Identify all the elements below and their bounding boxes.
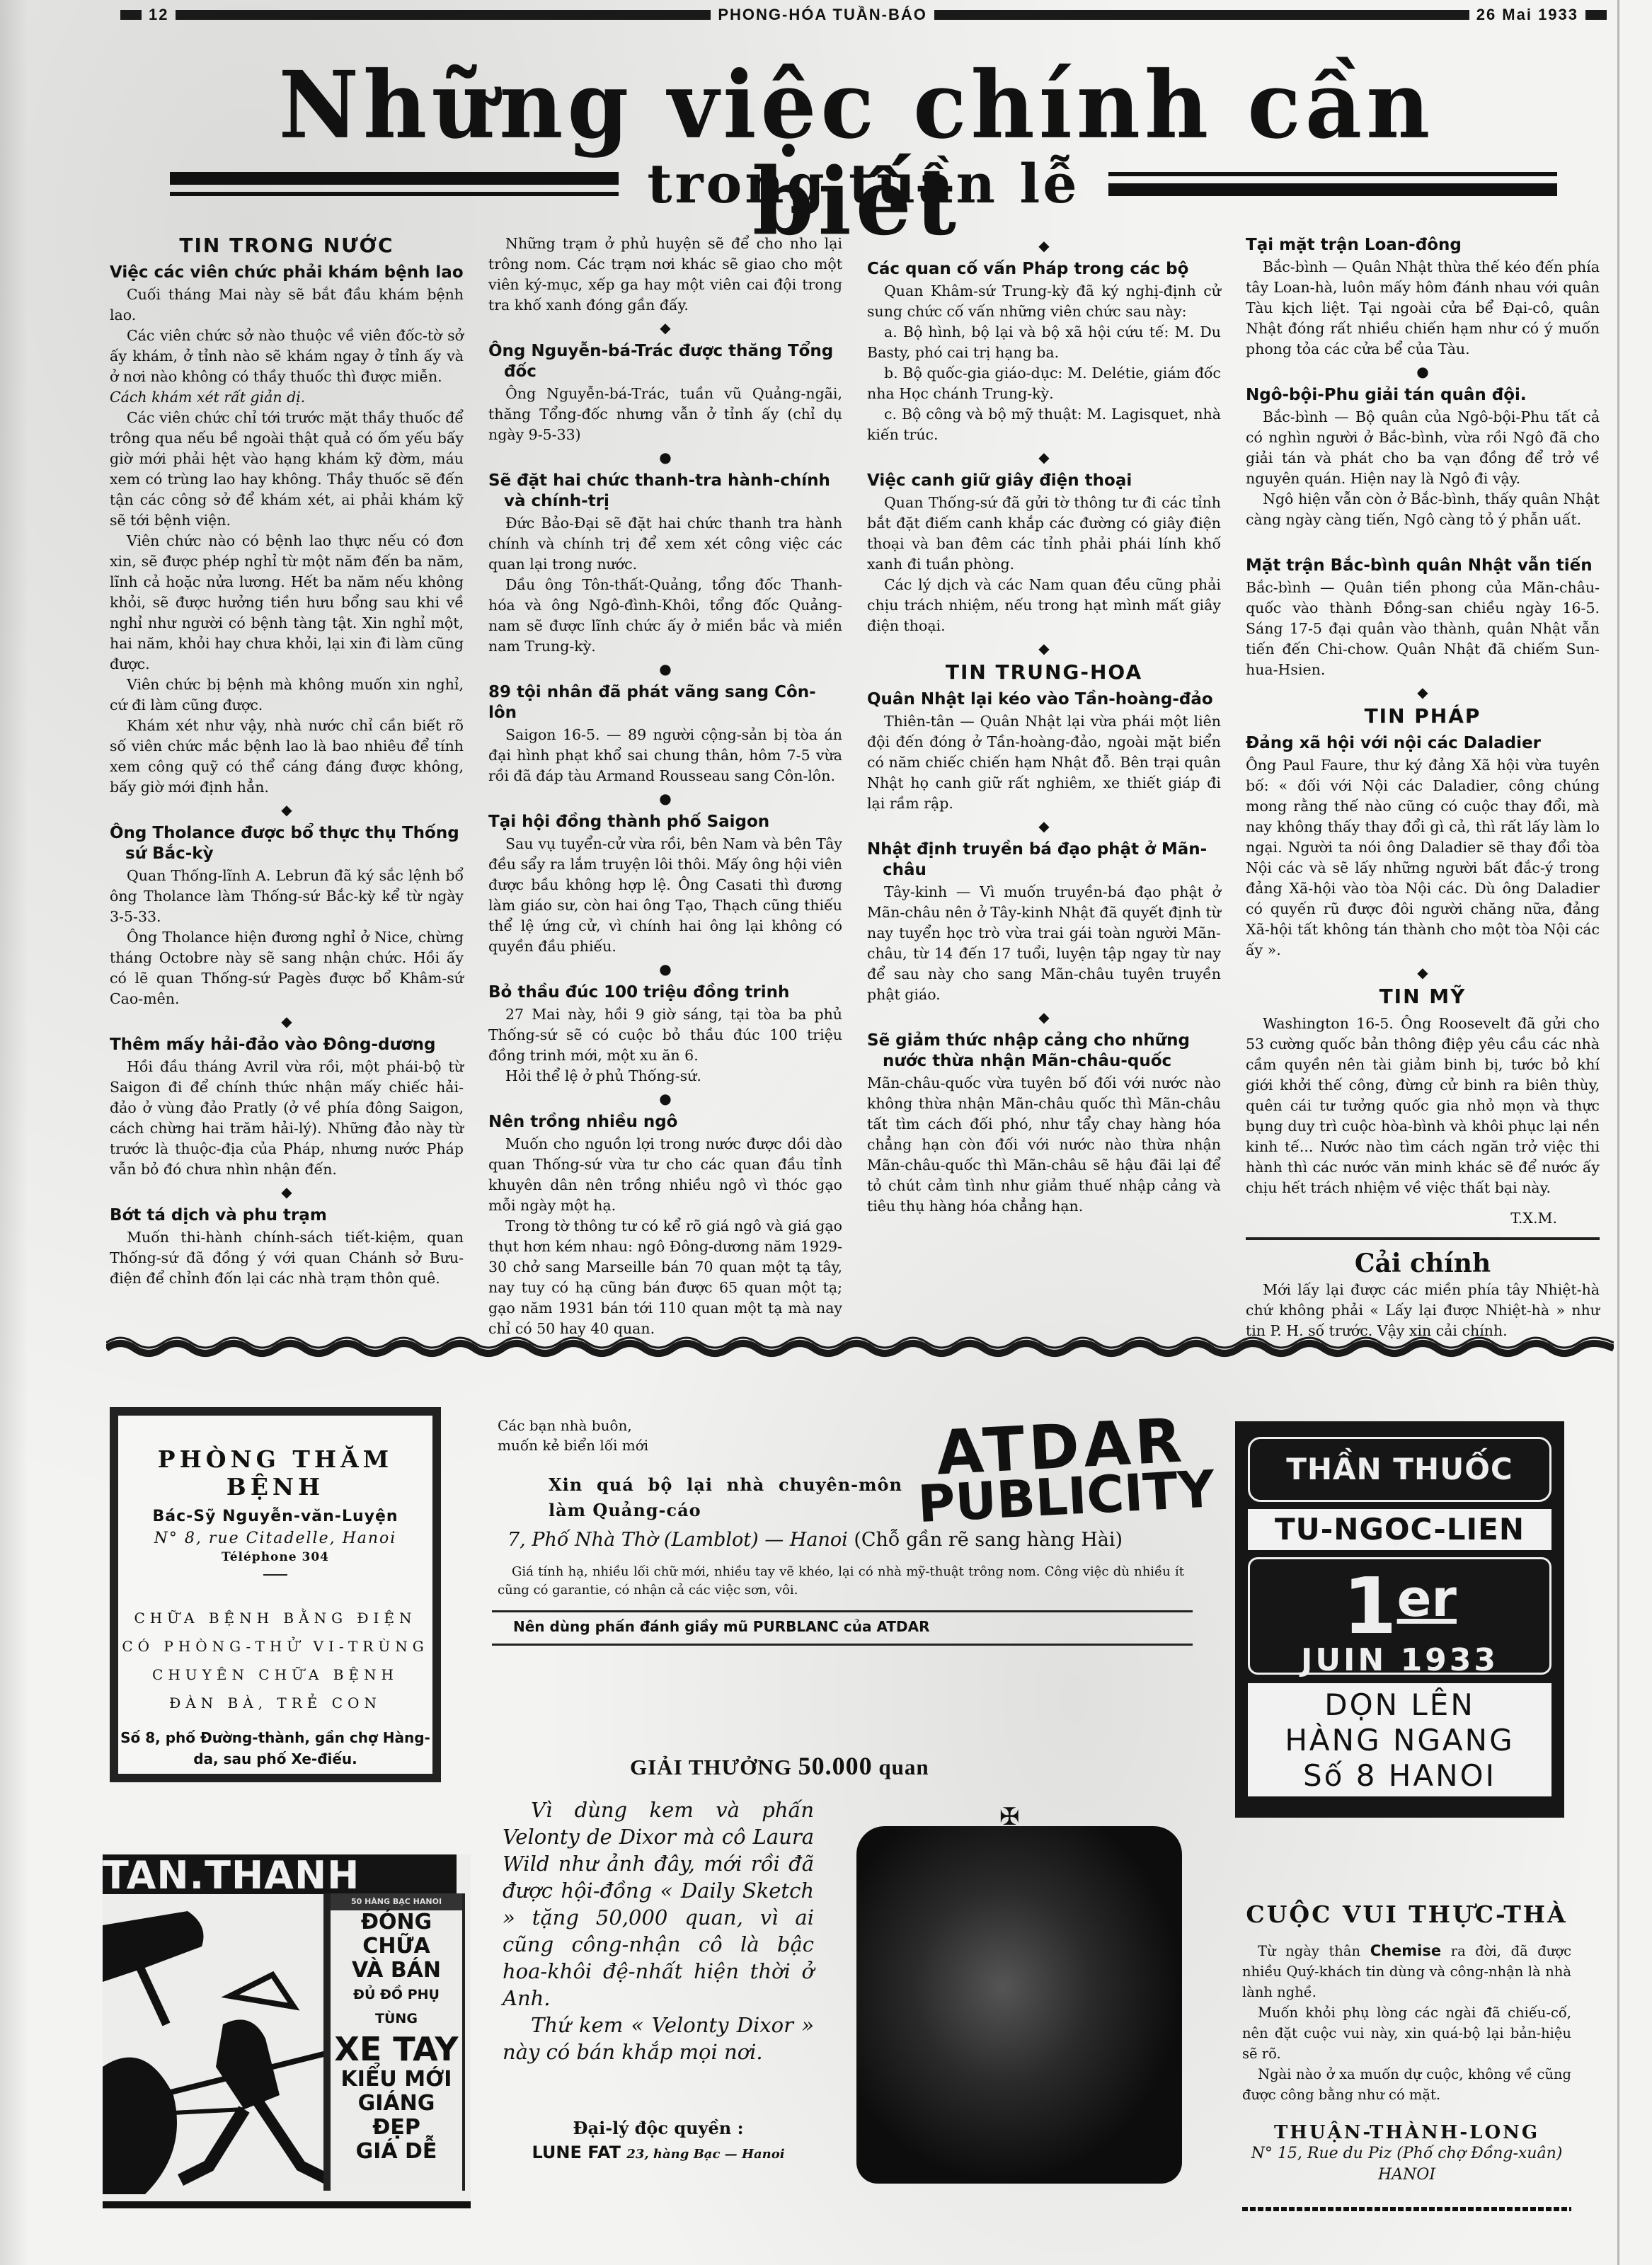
velonty-paragraph: Thứ kem « Velonty Dixor » này có bán khắ… <box>503 2012 814 2065</box>
section-title-domestic: TIN TRONG NƯỚC <box>110 235 464 256</box>
masthead-rule <box>1585 10 1607 20</box>
ad-tu-ngoc-lien: THẦN THUỐC LẬU TU-NGOC-LIEN 1er JUIN 193… <box>1235 1421 1564 1818</box>
ttl-shop-name: THUẬN-THÀNH-LONG <box>1242 2122 1571 2143</box>
section-title-usa: TIN MỸ <box>1246 986 1600 1007</box>
article-title: Bớt tá dịch và phu trạm <box>110 1205 464 1226</box>
ad-atdar: Các bạn nhà buôn, muốn kẻ biển lối mới X… <box>492 1409 1193 1651</box>
article-paragraph: Các lý dịch và các Nam quan đều cũng phả… <box>867 575 1221 636</box>
ornament-divider-icon: ◆ <box>110 798 464 822</box>
ttl-paragraph: Muốn khỏi phụ lòng các ngài đã chiếu-cố,… <box>1242 2002 1571 2064</box>
article-paragraph: Ngô hiện vẫn còn ở Bắc-bình, thấy quân N… <box>1246 489 1600 530</box>
velonty-agent-address: 23, hàng Bạc — Hanoi <box>626 2147 784 2162</box>
article-paragraph: Mãn-châu-quốc vừa tuyên bố đối với nước … <box>867 1073 1221 1217</box>
tnl-day-number: 1 <box>1343 1561 1397 1651</box>
article-paragraph: Viên chức bị bệnh mà không muốn xin nghỉ… <box>110 675 464 716</box>
ornament-divider-icon: ◆ <box>1246 961 1600 985</box>
ornament-divider-icon: ● <box>488 657 842 681</box>
correction-paragraph: Mới lấy lại được các miền phía tây Nhiệt… <box>1246 1280 1600 1341</box>
article-paragraph: Saigon 16-5. — 89 người cộng-sản bị tòa … <box>488 725 842 786</box>
ttl-p1-pre: Từ ngày thân <box>1258 1943 1360 1959</box>
article-title: Nên trồng nhiều ngô <box>488 1112 842 1132</box>
portrait-photo <box>856 1826 1182 2184</box>
tnl-move-line: HÀNG NGANG <box>1248 1723 1551 1758</box>
article-paragraph: Sau vụ tuyển-cử vừa rồi, bên Nam và bên … <box>488 834 842 957</box>
atdar-pitch: Xin quá bộ lại nhà chuyên-môn làm Quảng-… <box>549 1472 902 1523</box>
article-title: Tại hội đồng thành phố Saigon <box>488 812 842 832</box>
article-paragraph: Ông Paul Faure, thư ký đảng Xã hội vừa t… <box>1246 755 1600 961</box>
velonty-headline-suffix: quan <box>878 1755 929 1779</box>
section-title-france: TIN PHÁP <box>1246 706 1600 726</box>
ad-velonty: GIẢI THƯỞNG 50.000 quan Vì dùng kem và p… <box>495 1741 1232 2194</box>
atdar-address: 7, Phố Nhà Thờ (Lamblot) — Hanoi (Chỗ gầ… <box>507 1529 1194 1551</box>
article-paragraph: Viên chức nào có bệnh lao thực nếu có đơ… <box>110 531 464 675</box>
tan-thanh-sign-line: XE TAY <box>331 2031 462 2068</box>
article-title: Bỏ thầu đúc 100 triệu đồng trinh <box>488 982 842 1003</box>
article-paragraph: Washington 16-5. Ông Roosevelt đã gửi ch… <box>1246 1014 1600 1198</box>
article-paragraph: a. Bộ hình, bộ lại và bộ xã hội cứu tế: … <box>867 322 1221 363</box>
article-paragraph: Bắc-bình — Quân tiền phong của Mãn-châu-… <box>1246 578 1600 680</box>
atdar-intro-line: muốn kẻ biển lối mới <box>498 1435 648 1455</box>
atdar-logo-line2: PUBLICITY <box>917 1465 1195 1529</box>
article-paragraph: c. Bộ công và bộ mỹ thuật: M. Lagisquet,… <box>867 404 1221 445</box>
clinic-service: ĐÀN BÀ, TRẺ CON <box>118 1689 432 1717</box>
ornament-divider-icon: ◆ <box>867 445 1221 469</box>
subtitle-rule-right <box>1108 172 1557 196</box>
page-number: 12 <box>149 6 168 24</box>
ad-tan-thanh: TAN.THANH 50 HÀNG BẠC HANOI ĐÓNG CHỮA VÀ… <box>103 1854 471 2208</box>
column-2: Những trạm ở phủ huyện sẽ để cho nho lại… <box>488 234 842 1339</box>
atdar-address-note: (Chỗ gần rẽ sang hàng Hài) <box>854 1529 1123 1551</box>
velonty-body: Vì dùng kem và phấn Velonty de Dixor mà … <box>503 1796 814 2065</box>
article-title: Sẽ giảm thức nhập cảng cho những nước th… <box>867 1031 1221 1072</box>
tnl-day-suffix: er <box>1397 1569 1457 1628</box>
article-paragraph: Ông Nguyễn-bá-Trác, tuần vũ Quảng-ngãi, … <box>488 384 842 445</box>
article-paragraph: Muốn cho nguồn lợi trong nước được dồi d… <box>488 1134 842 1216</box>
article-title: Thêm mấy hải-đảo vào Đông-dương <box>110 1035 464 1055</box>
tan-thanh-sign-line: KIỂU MỚI <box>331 2068 462 2092</box>
masthead: 12 PHONG-HÓA TUẦN-BÁO 26 Mai 1933 <box>120 6 1607 24</box>
tan-thanh-sign-line: VÀ BÁN <box>331 1959 462 1983</box>
ornament-divider-icon: ◆ <box>110 1180 464 1204</box>
subtitle-rule-left <box>170 172 619 196</box>
article-title: Ông Tholance được bổ thực thụ Thống sứ B… <box>110 823 464 864</box>
ad-clinic: PHÒNG THĂM BỆNH Bác-Sỹ Nguyễn-văn-Luyện … <box>110 1407 441 1782</box>
ttl-paragraph: Từ ngày thân Chemise ra đời, đã được nhi… <box>1242 1941 1571 2002</box>
article-title: Việc các viên chức phải khám bệnh lao <box>110 263 464 283</box>
atdar-description: Giá tính hạ, nhiều lối chữ mới, nhiều ta… <box>498 1563 1184 1600</box>
ttl-body: Từ ngày thân Chemise ra đời, đã được nhi… <box>1242 1941 1571 2105</box>
clinic-service: CÓ PHÒNG-THỬ VI-TRÙNG <box>118 1632 432 1661</box>
column-3: ◆ Các quan cố vấn Pháp trong các bộ Quan… <box>867 234 1221 1217</box>
atdar-rule <box>492 1610 1193 1612</box>
velonty-headline: GIẢI THƯỞNG 50.000 quan <box>630 1751 929 1781</box>
ornament-divider-icon: ◆ <box>867 234 1221 258</box>
atdar-rule <box>492 1644 1193 1646</box>
article-title: Ông Nguyễn-bá-Trác được thăng Tổng đốc <box>488 341 842 382</box>
article-title: Mặt trận Bắc-bình quân Nhật vẫn tiến <box>1246 556 1600 576</box>
clinic-doctor: Bác-Sỹ Nguyễn-văn-Luyện <box>118 1508 432 1525</box>
tan-thanh-sign-line: GIÁNG ĐẸP <box>331 2092 462 2140</box>
atdar-intro: Các bạn nhà buôn, muốn kẻ biển lối mới <box>498 1416 648 1455</box>
article-title: Đảng xã hội với nội các Daladier <box>1246 733 1600 754</box>
velonty-agent-name: LUNE FAT <box>532 2143 620 2162</box>
article-paragraph: Đức Bảo-Đại sẽ đặt hai chức thanh tra hà… <box>488 513 842 575</box>
article-title: Ngô-bội-Phu giải tán quân đội. <box>1246 385 1600 406</box>
ornament-divider-icon: ◆ <box>110 1009 464 1033</box>
section-rule <box>1246 1237 1600 1240</box>
clinic-phone: Téléphone 304 <box>118 1550 432 1564</box>
article-title: 89 tội nhân đã phát vãng sang Côn-lôn <box>488 682 842 723</box>
ornament-divider-icon: ◆ <box>488 316 842 340</box>
article-title: Sẽ đặt hai chức thanh-tra hành-chính và … <box>488 471 842 512</box>
subtitle-row: trong tuần lễ <box>170 152 1557 215</box>
article-paragraph: Hồi đầu tháng Avril vừa rồi, một phái-bộ… <box>110 1057 464 1180</box>
tan-thanh-sign-caption: 50 HÀNG BẠC HANOI <box>331 1893 462 1910</box>
velonty-agent-label: Đại-lý độc quyền : <box>503 2116 814 2140</box>
masthead-rule <box>934 10 1469 20</box>
article-paragraph: Những trạm ở phủ huyện sẽ để cho nho lại… <box>488 234 842 316</box>
page-subtitle: trong tuần lễ <box>647 152 1079 215</box>
velonty-headline-prefix: GIẢI THƯỞNG <box>630 1755 792 1779</box>
article-paragraph: Khám xét như vậy, nhà nước chỉ cần biết … <box>110 716 464 798</box>
tnl-move-line: DỌN LÊN <box>1248 1687 1551 1723</box>
spacer <box>1246 530 1600 554</box>
ornament-divider-icon: ◆ <box>867 636 1221 660</box>
article-paragraph: Quan Thống-lĩnh A. Lebrun đã ký sắc lệnh… <box>110 866 464 927</box>
tan-thanh-sign: 50 HÀNG BẠC HANOI ĐÓNG CHỮA VÀ BÁN ĐỦ ĐỒ… <box>323 1893 465 2191</box>
article-title: Các quan cố vấn Pháp trong các bộ <box>867 259 1221 280</box>
ornament-divider-icon: ● <box>1246 360 1600 384</box>
article-title: Nhật định truyền bá đạo phật ở Mãn-châu <box>867 839 1221 881</box>
article-title: Việc canh giữ giây điện thoại <box>867 471 1221 491</box>
article-paragraph: Quan Khâm-sứ Trung-kỳ đã ký nghị-định cử… <box>867 281 1221 322</box>
clinic-address-fr: N° 8, rue Citadelle, Hanoi <box>118 1530 432 1547</box>
clinic-service: CHỮA BỆNH BẰNG ĐIỆN <box>118 1604 432 1632</box>
tnl-brand: TU-NGOC-LIEN <box>1248 1509 1551 1550</box>
tnl-month-year: JUIN 1933 <box>1250 1645 1549 1676</box>
velonty-headline-amount: 50.000 <box>798 1752 873 1780</box>
atdar-intro-line: Các bạn nhà buôn, <box>498 1416 648 1435</box>
column-4: Tại mặt trận Loan-đông Bắc-bình — Quân N… <box>1246 234 1600 1341</box>
tnl-date-box: 1er JUIN 1933 <box>1248 1557 1551 1675</box>
article-title: Tại mặt trận Loan-đông <box>1246 235 1600 256</box>
tan-thanh-sign-line: CHỮA <box>331 1934 462 1959</box>
article-paragraph: Các viên chức chỉ tới trước mặt thầy thu… <box>110 408 464 531</box>
velonty-paragraph: Vì dùng kem và phấn Velonty de Dixor mà … <box>503 1796 814 2012</box>
correction-title: Cải chính <box>1246 1247 1600 1280</box>
ttl-address: N° 15, Rue du Piz (Phố chợ Đồng-xuân) <box>1242 2143 1571 2164</box>
ttl-paragraph: Ngài nào ở xa muốn dự cuộc, không về cũn… <box>1242 2064 1571 2105</box>
ornament-divider-icon: ● <box>488 957 842 981</box>
cross-ornament-icon: ✠ <box>999 1805 1020 1829</box>
ad-thuan-thanh-long: CUỘC VUI THỰC-THÀ Từ ngày thân Chemise r… <box>1242 1897 1571 2194</box>
article-paragraph: Bắc-bình — Bộ quân của Ngô-bội-Phu tất c… <box>1246 407 1600 489</box>
clinic-rule <box>263 1574 287 1576</box>
clinic-address-vn: Số 8, phố Đường-thành, gần chợ Hàng-da, … <box>118 1727 432 1770</box>
article-paragraph: Tây-kinh — Vì muốn truyền-bá đạo phật ở … <box>867 882 1221 1005</box>
atdar-footer: Nên dùng phấn đánh giầy mũ PURBLANC của … <box>513 1618 930 1635</box>
tan-thanh-sign-line: GIÁ DỄ <box>331 2140 462 2164</box>
article-paragraph: 27 Mai này, hồi 9 giờ sáng, tại tòa ba p… <box>488 1004 842 1066</box>
article-paragraph: Trong tờ thông tư có kể rõ giá ngô và gi… <box>488 1216 842 1339</box>
article-paragraph: Bắc-bình — Quân Nhật thừa thế kéo đến ph… <box>1246 257 1600 360</box>
wavy-separator <box>106 1334 1614 1363</box>
ornament-divider-icon: ◆ <box>1246 680 1600 704</box>
rickshaw-puller-illustration-icon <box>103 1883 336 2194</box>
atdar-address-street: 7, Phố Nhà Thờ (Lamblot) — Hanoi <box>507 1529 848 1551</box>
tan-thanh-brand: TAN.THANH <box>103 1854 457 1894</box>
column-1: TIN TRONG NƯỚC Việc các viên chức phải k… <box>110 234 464 1289</box>
author-signature: T.X.M. <box>1246 1208 1600 1229</box>
tnl-move-notice: DỌN LÊN HÀNG NGANG Số 8 HANOI <box>1248 1683 1551 1796</box>
tan-thanh-sign-line: ĐÓNG <box>331 1910 462 1934</box>
tan-thanh-sign-line: ĐỦ ĐỒ PHỤ TÙNG <box>331 1983 462 2031</box>
ornament-divider-icon: ◆ <box>867 1005 1221 1029</box>
ttl-dotted-rule <box>1242 2207 1571 2211</box>
article-paragraph: Cuối tháng Mai này sẽ bắt đầu khám bệnh … <box>110 285 464 326</box>
article-paragraph: b. Bộ quốc-gia giáo-dục: M. Delétie, giá… <box>867 363 1221 404</box>
ttl-p1-brand: Chemise <box>1370 1942 1441 1959</box>
article-title: Quân Nhật lại kéo vào Tần-hoàng-đảo <box>867 689 1221 710</box>
masthead-rule <box>176 10 711 20</box>
clinic-service: CHUYÊN CHỮA BỆNH <box>118 1661 432 1689</box>
article-paragraph: Dầu ông Tôn-thất-Quảng, tổng đốc Thanh-h… <box>488 575 842 657</box>
ornament-divider-icon: ● <box>488 1086 842 1111</box>
atdar-logo: ATDAR PUBLICITY <box>914 1416 1195 1536</box>
ornament-divider-icon: ● <box>488 445 842 469</box>
clinic-title: PHÒNG THĂM BỆNH <box>118 1445 432 1501</box>
ttl-title: CUỘC VUI THỰC-THÀ <box>1242 1897 1571 1932</box>
ttl-city: HANOI <box>1242 2164 1571 2186</box>
article-paragraph: Các viên chức sở nào thuộc về viên đốc-t… <box>110 326 464 387</box>
article-paragraph: Hỏi thể lệ ở phủ Thống-sứ. <box>488 1066 842 1086</box>
page-edge <box>1617 0 1619 2265</box>
tnl-move-line: Số 8 HANOI <box>1248 1758 1551 1794</box>
section-title-china: TIN TRUNG-HOA <box>867 662 1221 682</box>
article-paragraph: Ông Tholance hiện đương nghỉ ở Nice, chừ… <box>110 927 464 1009</box>
tan-thanh-base-rule <box>103 2201 471 2208</box>
article-paragraph: Thiên-tân — Quân Nhật lại vừa phái một l… <box>867 711 1221 814</box>
article-paragraph: Cách khám xét rất giản dị. <box>110 387 464 408</box>
velonty-agent: Đại-lý độc quyền : LUNE FAT 23, hàng Bạc… <box>503 2116 814 2167</box>
article-paragraph: Quan Thống-sứ đã gửi tờ thông tư đi các … <box>867 493 1221 575</box>
issue-date: 26 Mai 1933 <box>1476 6 1578 24</box>
ornament-divider-icon: ◆ <box>867 814 1221 838</box>
publication-name: PHONG-HÓA TUẦN-BÁO <box>718 6 927 24</box>
ornament-divider-icon: ● <box>488 786 842 810</box>
article-paragraph: Muốn thi-hành chính-sách tiết-kiệm, quan… <box>110 1227 464 1289</box>
masthead-rule <box>120 10 142 20</box>
tnl-product: THẦN THUỐC LẬU <box>1248 1437 1551 1502</box>
tnl-day: 1er <box>1250 1559 1549 1645</box>
